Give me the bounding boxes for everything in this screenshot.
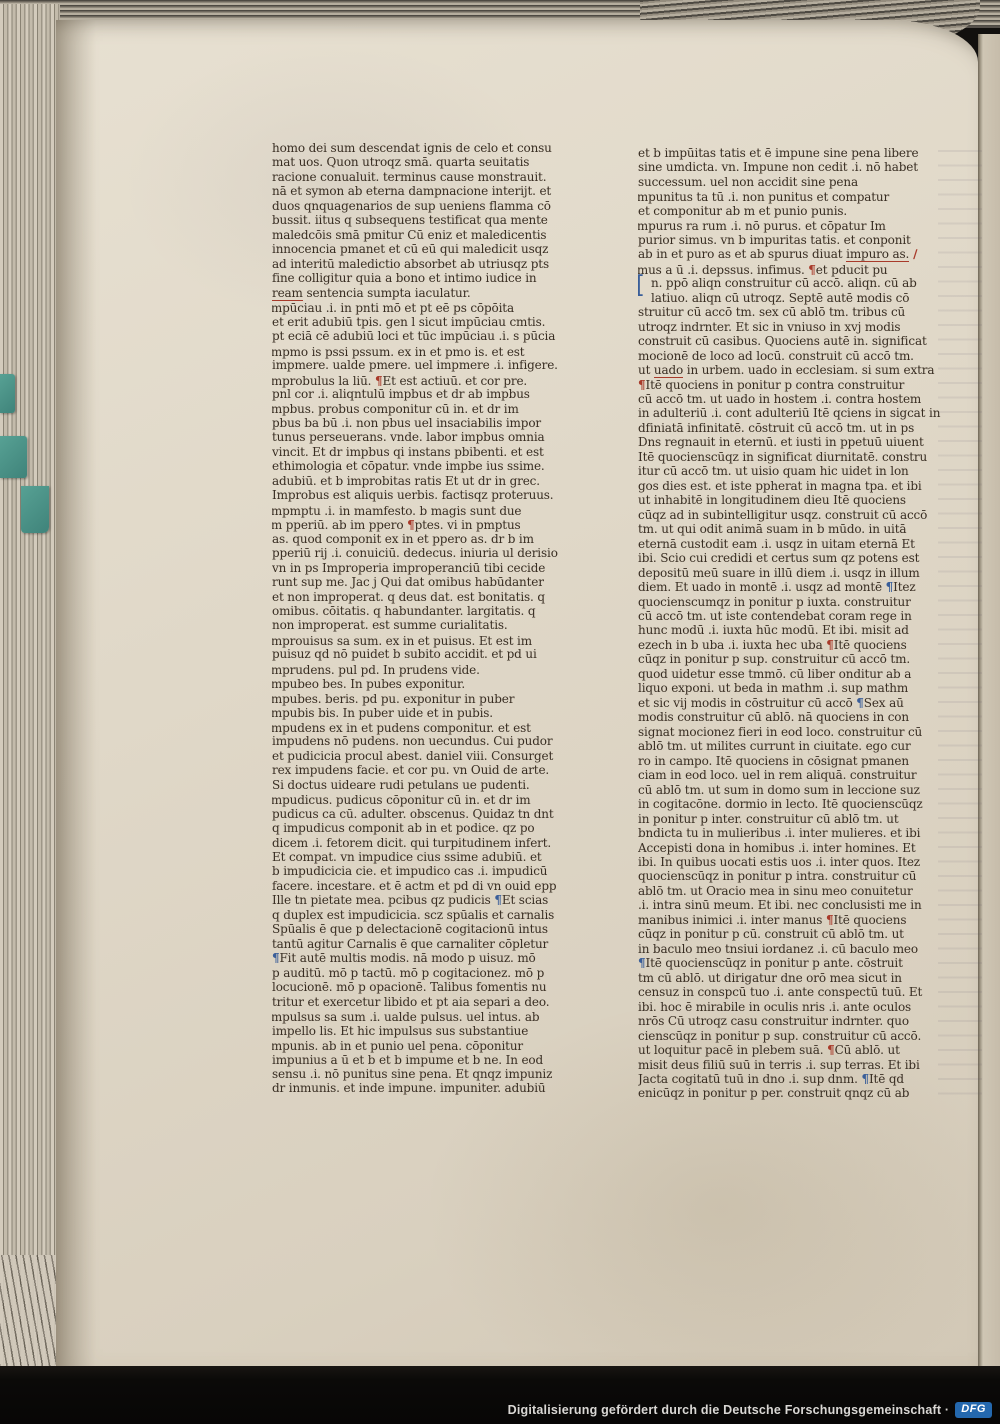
text-line: Ille tn pietate mea. pcibus qz pudicis ¶… (272, 893, 576, 907)
text-line: Spūalis ē que p delectacionē cogitacionū… (272, 922, 576, 936)
text-line: homo dei sum descendat ignis de celo et … (272, 141, 576, 155)
text-column-left: homo dei sum descendat ignis de celo et … (272, 141, 576, 1099)
text-line: ad interitū maledictio absorbet ab utriu… (272, 257, 576, 271)
text-line: et sic vij modis in cōstruitur cū accō ¶… (638, 696, 942, 710)
text-line: innocencia pmanet et cū eū qui maledicit… (272, 242, 576, 256)
text-line: tm. ut qui odit animā suam in b mūdo. in… (638, 522, 942, 536)
text-line: omibus. cōitatis. q habundanter. largita… (272, 604, 576, 618)
text-line: Impbus. probus componitur cū in. et dr i… (272, 401, 576, 415)
text-line: construit cū casibus. Quociens autē in. … (638, 334, 942, 348)
text-line: liquo exponi. ut beda in mathm .i. sup m… (638, 681, 942, 695)
text-line: Impmo is pssi pssum. ex in et pmo is. et… (272, 344, 576, 358)
text-line: et erit adubiū tpis. gen l sicut impūcia… (272, 315, 576, 329)
text-column-right: et b impūitas tatis et ē impune sine pen… (638, 146, 942, 1104)
text-line: modis construitur cū ablō. nā quociens i… (638, 710, 942, 724)
text-line: in baculo meo tnsiui iordanez .i. cū bac… (638, 942, 942, 956)
text-line: eternā custodit eam .i. usqz in uitam et… (638, 537, 942, 551)
text-line: duos qnquagenarios de sup ueniens flamma… (272, 199, 576, 213)
text-line: cū ablō tm. ut sum in domo sum in leccio… (638, 783, 942, 797)
text-line: gos dies est. et iste ppherat in magna t… (638, 479, 942, 493)
text-line: depositū meū suare in illū diem .i. usqz… (638, 566, 942, 580)
text-line: pbus ba bū .i. non pbus uel insaciabilis… (272, 416, 576, 430)
text-line: Improuisus sa sum. ex in et puisus. Et e… (272, 633, 576, 647)
text-line: as. quod componit ex in et ppero as. dr … (272, 532, 576, 546)
text-line: ciam in eod loco. uel in rem aliquā. con… (638, 768, 942, 782)
text-line: tritur et exercetur libido et pt aia sep… (272, 995, 576, 1009)
text-line: impello lis. Et hic impulsus sus substan… (272, 1024, 576, 1038)
text-line: Accepisti dona in homibus .i. inter homi… (638, 841, 942, 855)
text-line: Impunitus ta tū .i. non punitus et compa… (638, 189, 942, 203)
text-line: purior simus. vn b impuritas tatis. et c… (638, 233, 942, 247)
text-line: ibi. hoc ē mirabile in oculis nris .i. a… (638, 1000, 942, 1014)
text-line: b impudicicia cie. et impudico cas .i. i… (272, 864, 576, 878)
text-line: facere. incestare. et ē actm et pd di vn… (272, 879, 576, 893)
text-line: impunius a ū et b et b impume et b ne. I… (272, 1053, 576, 1067)
scan-viewport: { "palette":{ "paper":"#ded6c6","ink":"#… (0, 0, 1000, 1424)
text-line: ablō tm. ut milites currunt in ciuitate.… (638, 739, 942, 753)
text-line: ibi. Scio cui credidi et certus sum qz p… (638, 551, 942, 565)
text-line: Dns regnauit in eternū. et iusti in ppet… (638, 435, 942, 449)
text-line: Impudicus. pudicus cōponitur cū in. et d… (272, 792, 576, 806)
text-line: Impubeo bes. In pubes exponitur. (272, 676, 576, 690)
text-line: pt eciā cē adubiū loci et tūc impūciau .… (272, 329, 576, 343)
text-line: tunus perseuerans. vnde. labor impbus om… (272, 430, 576, 444)
text-line: bndicta tu in mulieribus .i. inter mulie… (638, 826, 942, 840)
text-line: In. ppō aliqn construitur cū accō. aliqn… (651, 276, 942, 290)
text-line: latiuo. aliqn cū utroqz. Septē autē modi… (651, 291, 942, 305)
dfg-logo: DFG (955, 1402, 992, 1418)
text-line: successum. uel non accidit sine pena (638, 175, 942, 189)
text-line: impmere. ualde pmere. uel impmere .i. in… (272, 358, 576, 372)
text-line: q duplex est impudicicia. scz spūalis et… (272, 908, 576, 922)
digitization-credit-bar: Digitalisierung gefördert durch die Deut… (508, 1400, 992, 1420)
text-line: Et compat. vn impudice cius ssime adubiū… (272, 850, 576, 864)
text-line: .i. intra sinū meum. Et ibi. nec conclus… (638, 898, 942, 912)
text-line: Jacta cogitatū tuū in dno .i. sup dnm. ¶… (638, 1072, 942, 1086)
text-line: dr inmunis. et inde impune. impuniter. a… (272, 1081, 576, 1095)
text-line: impudens nō pudens. non uecundus. Cui pu… (272, 734, 576, 748)
text-line: Imus a ū .i. depssus. infimus. ¶et pduci… (638, 262, 942, 276)
text-line: censuz in conspcū tuo .i. ante conspectū… (638, 985, 942, 999)
text-line: Im pperiū. ab im ppero ¶ptes. vi in pmpt… (272, 517, 576, 531)
text-line: vn in ps Improperia improperanciū tibi c… (272, 561, 576, 575)
text-line: ut uado in urbem. uado in ecclesiam. si … (638, 363, 942, 377)
text-line: rex impudens facie. et cor pu. vn Ouid d… (272, 763, 576, 777)
text-line: bussit. iitus q subsequens testificat qu… (272, 213, 576, 227)
text-line: q impudicus componit ab in et podice. qz… (272, 821, 576, 835)
text-line: pudicus ca cū. adulter. obscenus. Quidaz… (272, 807, 576, 821)
text-line: Impudens ex in et pudens componitur. et … (272, 720, 576, 734)
text-line: ethimologia et cōpatur. vnde impbe ius s… (272, 459, 576, 473)
text-line: mocionē de loco ad locū. construit cū ac… (638, 349, 942, 363)
text-line: Impubes. beris. pd pu. exponitur in pube… (272, 691, 576, 705)
text-line: maledcōis smā pmitur Cū eniz et maledice… (272, 228, 576, 242)
text-line: Si doctus uideare rudi petulans ue puden… (272, 778, 576, 792)
text-line: et pudicicia procul abest. daniel viii. … (272, 749, 576, 763)
text-line: et componitur ab m et punio punis. (638, 204, 942, 218)
text-line: adubiū. et b improbitas ratis Et ut dr i… (272, 474, 576, 488)
text-line: ¶Itē quocienscūqz in ponitur p ante. cōs… (638, 956, 942, 970)
text-line: tm cū ablō. ut dirigatur dne orō mea sic… (638, 971, 942, 985)
text-line: quocienscūqz in ponitur p intra. constru… (638, 869, 942, 883)
text-line: non improperat. est summe curialitatis. (272, 618, 576, 632)
text-line: Impūciau .i. in pnti mō et pt eē ps cōpō… (272, 300, 576, 314)
text-line: pperiū rij .i. conuiciū. dedecus. iniuri… (272, 546, 576, 560)
book-left-page-edges (0, 4, 60, 1368)
gutter-shadow (56, 20, 96, 1370)
text-line: ro in campo. Itē quociens in cōsignat pm… (638, 754, 942, 768)
text-line: nrōs Cū utroqz casu construitur indrnter… (638, 1014, 942, 1028)
credit-text: Digitalisierung gefördert durch die Deut… (508, 1403, 950, 1417)
text-line: mat uos. Quon utroqz smā. quarta seuitat… (272, 155, 576, 169)
text-line: ab in et puro as et ab spurus diuat impu… (638, 247, 942, 261)
text-line: ream sentencia sumpta iaculatur. (272, 286, 576, 300)
text-line: Imprudens. pul pd. In prudens vide. (272, 662, 576, 676)
text-line: ibi. In quibus uocati estis uos .i. inte… (638, 855, 942, 869)
text-line: nā et symon ab eterna dampnacione interi… (272, 184, 576, 198)
text-line: Impubis bis. In puber uide et in pubis. (272, 705, 576, 719)
text-line: cūqz in ponitur p sup. construitur cū ac… (638, 652, 942, 666)
text-line: ¶Itē quociens in ponitur p contra constr… (638, 378, 942, 392)
text-line: ¶Fit autē multis modis. nā modo p uisuz.… (272, 951, 576, 965)
ink-show-through (938, 150, 982, 1100)
text-line: Impmptu .i. in mamfesto. b magis sunt du… (272, 503, 576, 517)
text-line: ezech in b uba .i. iuxta hec uba ¶Itē qu… (638, 638, 942, 652)
text-line: in cogitacōne. dormio in lecto. Itē quoc… (638, 797, 942, 811)
text-line: cū accō tm. ut iste contendebat coram re… (638, 609, 942, 623)
text-line: puisuz qd nō puidet b subito accidit. et… (272, 647, 576, 661)
text-line: ut loquitur pacē in plebem suā. ¶Cū ablō… (638, 1043, 942, 1057)
text-line: Improbus est aliquis uerbis. factisqz pr… (272, 488, 576, 502)
text-line: signat mocionez fieri in eod loco. const… (638, 725, 942, 739)
text-line: struitur cū accō tm. sex cū ablō tm. tri… (638, 305, 942, 319)
text-line: Improbulus la liū. ¶Et est actiuū. et co… (272, 373, 576, 387)
text-line: utroqz indrnter. Et sic in vniuso in xvj… (638, 320, 942, 334)
text-line: pnl cor .i. aliqntulū impbus et dr ab im… (272, 387, 576, 401)
text-line: cū accō tm. ut uado in hostem .i. contra… (638, 392, 942, 406)
text-line: Itē quocienscūqz in significat diurnitat… (638, 450, 942, 464)
text-line: sine umdicta. vn. Impune non cedit .i. n… (638, 160, 942, 174)
text-line: et b impūitas tatis et ē impune sine pen… (638, 146, 942, 160)
bookmark-tab (21, 486, 49, 533)
text-line: cūqz in ponitur p cū. construit cū ablō … (638, 927, 942, 941)
text-line: itur cū accō tm. ut uisio quam hic uidet… (638, 464, 942, 478)
text-line: cienscūqz in ponitur p sup. construitur … (638, 1029, 942, 1043)
text-line: runt sup me. Jac j Qui dat omibus habūda… (272, 575, 576, 589)
text-line: quod uidetur esse tmmō. cū liber onditur… (638, 667, 942, 681)
text-line: locucionē. mō p opacionē. Talibus foment… (272, 980, 576, 994)
text-line: p auditū. mō p tactū. mō p cogitacionez.… (272, 966, 576, 980)
text-line: Impurus ra rum .i. nō purus. et cōpatur … (638, 218, 942, 232)
text-line: tantū agitur Carnalis ē que carnaliter c… (272, 937, 576, 951)
text-line: enicūqz in ponitur p per. construit qnqz… (638, 1086, 942, 1100)
text-line: in adulteriū .i. cont adulteriū Itē qcie… (638, 406, 942, 420)
text-line: ut inhabitē in longitudinem dieu Itē quo… (638, 493, 942, 507)
text-line: manibus inimici .i. inter manus ¶Itē quo… (638, 913, 942, 927)
text-line: dicem .i. fetorem dicit. qui turpitudine… (272, 836, 576, 850)
text-line: fine colligitur quia a bono et intimo iu… (272, 271, 576, 285)
text-line: in ponitur p inter. construitur cū ablō … (638, 812, 942, 826)
bookmark-tab (0, 436, 27, 478)
text-line: Impulsus sa sum .i. ualde pulsus. uel in… (272, 1009, 576, 1023)
text-line: diem. Et uado in montē .i. usqz ad montē… (638, 580, 942, 594)
text-line: sensu .i. nō punitus sine pena. Et qnqz … (272, 1067, 576, 1081)
text-line: dfiniatā infinitatē. cōstruit cū accō tm… (638, 421, 942, 435)
text-line: quocienscumqz in ponitur p iuxta. constr… (638, 595, 942, 609)
text-line: misit deus filiū suū in terris .i. sup t… (638, 1058, 942, 1072)
text-line: Impunis. ab in et punio uel pena. cōponi… (272, 1038, 576, 1052)
footer-black-area: Digitalisierung gefördert durch die Deut… (0, 1366, 1000, 1424)
text-line: et non improperat. q deus dat. est bonit… (272, 590, 576, 604)
text-line: cūqz ad in subintelligitur usqz. constru… (638, 508, 942, 522)
bookmark-tab (0, 374, 15, 413)
text-line: racione conualuit. terminus cause monstr… (272, 170, 576, 184)
text-line: vincit. Et dr impbus qi instans pbibenti… (272, 445, 576, 459)
text-line: ablō tm. ut Oracio mea in sinu meo conui… (638, 884, 942, 898)
text-line: hunc modū .i. iuxta hūc modū. Et ibi. mi… (638, 623, 942, 637)
